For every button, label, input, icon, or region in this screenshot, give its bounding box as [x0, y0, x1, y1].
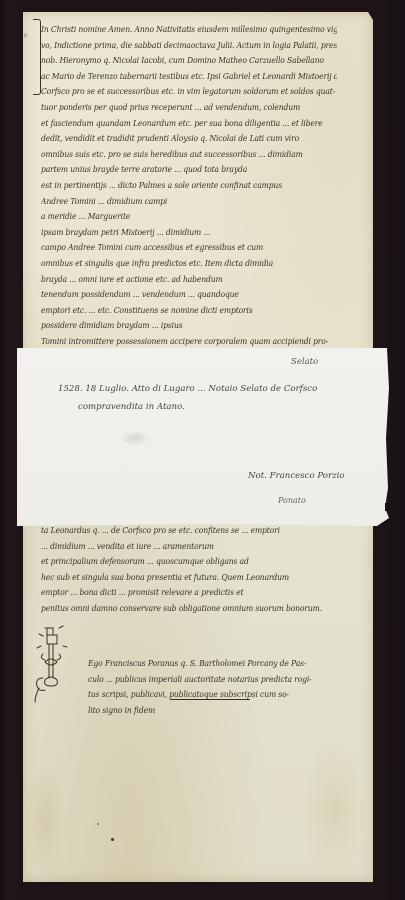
- text-line: Ego Franciscus Poranus q. S. Bartholomei…: [88, 656, 339, 672]
- text-line: a meridie ... Marguerite: [41, 209, 337, 225]
- notary-signum-icon: [33, 622, 69, 704]
- text-line: culo ... publicus imperiali auctoritate …: [88, 672, 339, 688]
- slip-smudge: [120, 430, 150, 446]
- ink-spot: [97, 823, 99, 825]
- archival-label-slip: [17, 348, 389, 526]
- slip-description-line: compravendita in Atano.: [78, 402, 185, 412]
- text-line: Corfsco pro se et successoribus etc. in …: [41, 84, 337, 100]
- text-line: tuor ponderis per quod prius receperunt …: [41, 100, 337, 116]
- text-line: campo Andree Tomini cum accessibus et eg…: [41, 240, 337, 256]
- text-line: omnibus et singulis que infra predictos …: [41, 256, 337, 272]
- clip-tab: [385, 503, 393, 511]
- text-line: brayda ... omni iure et actione etc. ad …: [41, 272, 337, 288]
- text-line: Tomini intromittere possessionem acciper…: [41, 334, 337, 350]
- slip-heading: Selato: [291, 357, 318, 367]
- text-line: ... dimidium ... vendita et iure ... ara…: [41, 539, 337, 555]
- text-line: emptor ... bona dicti ... promisit relev…: [41, 585, 337, 601]
- text-line: emptori etc. ... etc. Constituens se nom…: [41, 303, 337, 319]
- text-line: ipsam braydam petri Mistoerij ... dimidi…: [41, 225, 337, 241]
- main-text-bottom: ta Leonardus q. ... de Corfsco pro se et…: [41, 523, 359, 617]
- text-line: ac Mario de Terenzo tabernarii testibus …: [41, 69, 337, 85]
- text-line: omnibus suis etc. pro se suis heredibus …: [41, 147, 337, 163]
- margin-bracket: [33, 19, 41, 95]
- subscription-flourish: [170, 699, 250, 700]
- slip-signature: Not. Francesco Porzio: [248, 471, 345, 481]
- text-line: possidere dimidiam braydam ... ipsius: [41, 318, 337, 334]
- text-line: ta Leonardus q. ... de Corfsco pro se et…: [41, 523, 337, 539]
- text-line: In Christi nomine Amen. Anno Nativitatis…: [41, 22, 337, 38]
- ink-spot: [111, 838, 114, 841]
- text-line: et principalium defensorum ... quoscumqu…: [41, 554, 337, 570]
- text-line: vo, Indictione prima, die sabbati decima…: [41, 38, 337, 54]
- text-line: partem unius brayde terre aratorie ... q…: [41, 162, 337, 178]
- text-line: Andree Tomini ... dimidium campi: [41, 194, 337, 210]
- stain: [25, 760, 65, 880]
- text-line: tus scripsi, publicavi, publicatoque sub…: [88, 687, 339, 703]
- text-line: lito signo in fidem: [88, 703, 339, 719]
- text-line: et fasciendum quandam Leonardum etc. per…: [41, 116, 337, 132]
- margin-mark: 8: [24, 33, 27, 39]
- text-line: nob. Hieronymo q. Nicolai Iacobi, cum Do…: [41, 53, 337, 69]
- text-line: tenendum possidendum ... vendendum ... q…: [41, 287, 337, 303]
- slip-description-line: 1528. 18 Luglio. Atto di Lugaro ... Nota…: [58, 384, 317, 394]
- text-line: penitus omni damno conservare sub obliga…: [41, 601, 337, 617]
- text-line: dedit, vendidit et tradidit prudenti Alo…: [41, 131, 337, 147]
- main-text-top: In Christi nomine Amen. Anno Nativitatis…: [41, 22, 359, 396]
- text-line: est in pertinentijs ... dicto Palmes a s…: [41, 178, 337, 194]
- slip-signature: Ponato: [278, 496, 306, 505]
- text-line: hec sub et singula sua bona presentia et…: [41, 570, 337, 586]
- notary-subscription: Ego Franciscus Poranus q. S. Bartholomei…: [88, 656, 358, 718]
- stain: [300, 740, 370, 880]
